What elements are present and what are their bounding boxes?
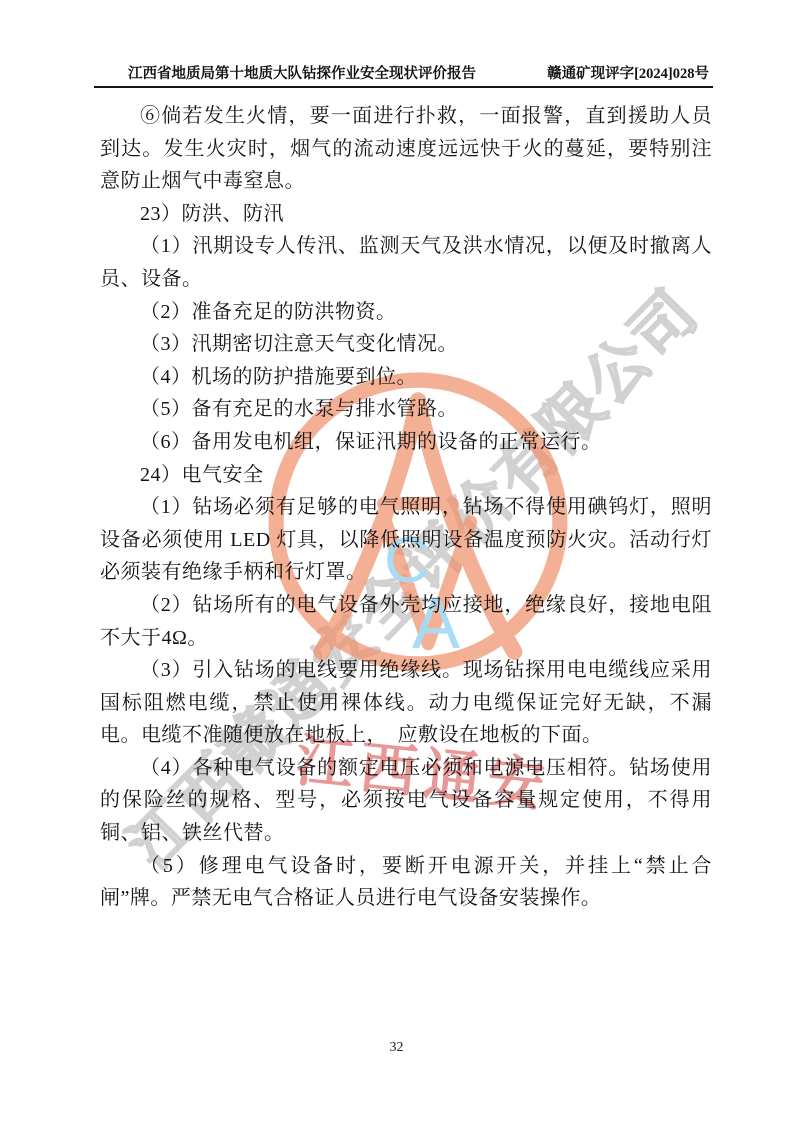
page-number: 32 <box>390 1040 404 1055</box>
paragraph: （3）引入钻场的电线要用绝缘线。现场钻探用电电缆线应采用国标阻燃电缆，禁止使用裸… <box>100 654 712 752</box>
page-header: 江西省地质局第十地质大队钻探作业安全现状评价报告 赣通矿现评字[2024]028… <box>100 62 709 83</box>
header-rule <box>94 86 713 88</box>
paragraph: （4）各种电气设备的额定电压必须和电源电压相符。钻场使用的保险丝的规格、型号，必… <box>100 752 712 850</box>
paragraph: （1）汛期设专人传汛、监测天气及洪水情况，以便及时撤离人员、设备。 <box>100 230 712 295</box>
document-page: 江西赣通安全评价有限公司 C A 江西通安 江西省地质局第十地质大队钻探作业安全… <box>0 0 793 1122</box>
paragraph: （2）钻场所有的电气设备外壳均应接地，绝缘良好，接地电阻不大于4Ω。 <box>100 589 712 654</box>
paragraph: （5）备有充足的水泵与排水管路。 <box>100 393 712 426</box>
paragraph: （1）钻场必须有足够的电气照明，钻场不得使用碘钨灯，照明设备必须使用 LED 灯… <box>100 491 712 589</box>
paragraph: （5）修理电气设备时，要断开电源开关，并挂上“禁止合闸”牌。严禁无电气合格证人员… <box>100 850 712 915</box>
paragraph: （6）备用发电机组，保证汛期的设备的正常运行。 <box>100 426 712 459</box>
paragraph: ⑥倘若发生火情，要一面进行扑救，一面报警，直到援助人员到达。发生火灾时，烟气的流… <box>100 100 712 198</box>
paragraph: （3）汛期密切注意天气变化情况。 <box>100 328 712 361</box>
paragraph: 24）电气安全 <box>100 459 712 492</box>
paragraph: （2）准备充足的防洪物资。 <box>100 296 712 329</box>
paragraph: （4）机场的防护措施要到位。 <box>100 361 712 394</box>
header-document-number: 赣通矿现评字[2024]028号 <box>547 62 709 83</box>
page-footer: 32 <box>0 1040 793 1056</box>
paragraph: 23）防洪、防汛 <box>100 198 712 231</box>
document-body: ⑥倘若发生火情，要一面进行扑救，一面报警，直到援助人员到达。发生火灾时，烟气的流… <box>100 100 712 915</box>
header-report-title: 江西省地质局第十地质大队钻探作业安全现状评价报告 <box>128 62 476 83</box>
